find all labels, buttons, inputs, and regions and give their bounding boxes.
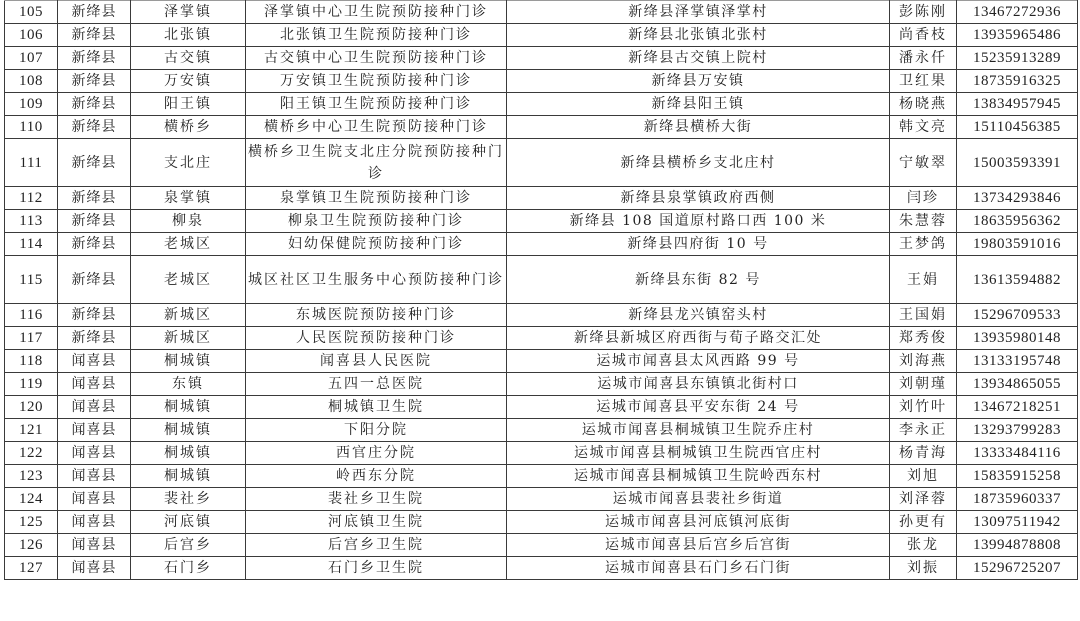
cell-address: 新绛县阳王镇	[507, 93, 890, 116]
cell-phone: 13994878808	[957, 534, 1078, 557]
cell-town: 泽掌镇	[131, 1, 246, 24]
cell-county: 闻喜县	[58, 488, 131, 511]
cell-address: 新绛县新城区府西街与荀子路交汇处	[507, 327, 890, 350]
cell-contact: 王国娟	[890, 304, 957, 327]
cell-contact: 韩文亮	[890, 116, 957, 139]
cell-town: 桐城镇	[131, 465, 246, 488]
cell-contact: 彭陈刚	[890, 1, 957, 24]
table-row: 122 闻喜县 桐城镇 西官庄分院 运城市闻喜县桐城镇卫生院西官庄村 杨青海 1…	[5, 442, 1078, 465]
cell-site-name: 岭西东分院	[246, 465, 507, 488]
cell-number: 126	[5, 534, 58, 557]
cell-town: 桐城镇	[131, 396, 246, 419]
cell-number: 120	[5, 396, 58, 419]
cell-contact: 宁敏翠	[890, 139, 957, 187]
cell-phone: 13934865055	[957, 373, 1078, 396]
cell-phone: 13935980148	[957, 327, 1078, 350]
cell-number: 116	[5, 304, 58, 327]
cell-address: 运城市闻喜县裴社乡街道	[507, 488, 890, 511]
cell-site-name: 后宫乡卫生院	[246, 534, 507, 557]
cell-phone: 15296725207	[957, 557, 1078, 580]
cell-site-name: 泉掌镇卫生院预防接种门诊	[246, 187, 507, 210]
cell-county: 新绛县	[58, 70, 131, 93]
cell-site-name: 横桥乡卫生院支北庄分院预防接种门诊	[246, 139, 507, 187]
cell-site-name: 裴社乡卫生院	[246, 488, 507, 511]
cell-town: 支北庄	[131, 139, 246, 187]
cell-contact: 杨晓燕	[890, 93, 957, 116]
cell-number: 127	[5, 557, 58, 580]
cell-contact: 郑秀俊	[890, 327, 957, 350]
table-row: 114 新绛县 老城区 妇幼保健院预防接种门诊 新绛县四府街 10 号 王梦鸽 …	[5, 233, 1078, 256]
cell-contact: 刘旭	[890, 465, 957, 488]
cell-town: 阳王镇	[131, 93, 246, 116]
cell-number: 109	[5, 93, 58, 116]
cell-town: 横桥乡	[131, 116, 246, 139]
cell-address: 新绛县 108 国道原村路口西 100 米	[507, 210, 890, 233]
cell-phone: 13293799283	[957, 419, 1078, 442]
cell-town: 后宫乡	[131, 534, 246, 557]
cell-number: 117	[5, 327, 58, 350]
table-row: 108 新绛县 万安镇 万安镇卫生院预防接种门诊 新绛县万安镇 卫红果 1873…	[5, 70, 1078, 93]
cell-address: 运城市闻喜县石门乡石门街	[507, 557, 890, 580]
cell-number: 123	[5, 465, 58, 488]
cell-number: 114	[5, 233, 58, 256]
cell-site-name: 石门乡卫生院	[246, 557, 507, 580]
cell-site-name: 西官庄分院	[246, 442, 507, 465]
cell-contact: 李永正	[890, 419, 957, 442]
table-row: 117 新绛县 新城区 人民医院预防接种门诊 新绛县新城区府西街与荀子路交汇处 …	[5, 327, 1078, 350]
cell-phone: 13613594882	[957, 256, 1078, 304]
cell-phone: 13333484116	[957, 442, 1078, 465]
cell-site-name: 闻喜县人民医院	[246, 350, 507, 373]
cell-site-name: 北张镇卫生院预防接种门诊	[246, 24, 507, 47]
cell-contact: 潘永仟	[890, 47, 957, 70]
cell-address: 新绛县横桥乡支北庄村	[507, 139, 890, 187]
table-row: 123 闻喜县 桐城镇 岭西东分院 运城市闻喜县桐城镇卫生院岭西东村 刘旭 15…	[5, 465, 1078, 488]
cell-phone: 15003593391	[957, 139, 1078, 187]
cell-county: 闻喜县	[58, 534, 131, 557]
cell-town: 桐城镇	[131, 350, 246, 373]
cell-contact: 尚香枝	[890, 24, 957, 47]
cell-county: 新绛县	[58, 93, 131, 116]
cell-phone: 18735916325	[957, 70, 1078, 93]
cell-site-name: 下阳分院	[246, 419, 507, 442]
table-row: 112 新绛县 泉掌镇 泉掌镇卫生院预防接种门诊 新绛县泉掌镇政府西侧 闫珍 1…	[5, 187, 1078, 210]
table-row: 126 闻喜县 后宫乡 后宫乡卫生院 运城市闻喜县后宫乡后宫街 张龙 13994…	[5, 534, 1078, 557]
cell-address: 新绛县古交镇上院村	[507, 47, 890, 70]
cell-town: 北张镇	[131, 24, 246, 47]
cell-address: 新绛县万安镇	[507, 70, 890, 93]
cell-phone: 13734293846	[957, 187, 1078, 210]
table-row: 107 新绛县 古交镇 古交镇中心卫生院预防接种门诊 新绛县古交镇上院村 潘永仟…	[5, 47, 1078, 70]
cell-county: 闻喜县	[58, 419, 131, 442]
cell-county: 新绛县	[58, 256, 131, 304]
cell-town: 新城区	[131, 327, 246, 350]
cell-town: 老城区	[131, 256, 246, 304]
cell-contact: 王娟	[890, 256, 957, 304]
table-body: 105 新绛县 泽掌镇 泽掌镇中心卫生院预防接种门诊 新绛县泽掌镇泽掌村 彭陈刚…	[5, 1, 1078, 580]
cell-phone: 18735960337	[957, 488, 1078, 511]
cell-site-name: 阳王镇卫生院预防接种门诊	[246, 93, 507, 116]
cell-county: 闻喜县	[58, 396, 131, 419]
cell-address: 新绛县泉掌镇政府西侧	[507, 187, 890, 210]
cell-town: 万安镇	[131, 70, 246, 93]
cell-number: 110	[5, 116, 58, 139]
cell-number: 122	[5, 442, 58, 465]
cell-town: 石门乡	[131, 557, 246, 580]
cell-contact: 杨青海	[890, 442, 957, 465]
cell-county: 新绛县	[58, 47, 131, 70]
cell-address: 运城市闻喜县后宫乡后宫街	[507, 534, 890, 557]
table-row: 106 新绛县 北张镇 北张镇卫生院预防接种门诊 新绛县北张镇北张村 尚香枝 1…	[5, 24, 1078, 47]
cell-town: 桐城镇	[131, 442, 246, 465]
cell-town: 柳泉	[131, 210, 246, 233]
cell-number: 124	[5, 488, 58, 511]
cell-number: 106	[5, 24, 58, 47]
cell-county: 闻喜县	[58, 373, 131, 396]
cell-address: 运城市闻喜县东镇镇北街村口	[507, 373, 890, 396]
table-row: 116 新绛县 新城区 东城医院预防接种门诊 新绛县龙兴镇窑头村 王国娟 152…	[5, 304, 1078, 327]
cell-address: 新绛县龙兴镇窑头村	[507, 304, 890, 327]
cell-phone: 15235913289	[957, 47, 1078, 70]
cell-contact: 朱慧蓉	[890, 210, 957, 233]
table-row: 121 闻喜县 桐城镇 下阳分院 运城市闻喜县桐城镇卫生院乔庄村 李永正 132…	[5, 419, 1078, 442]
table-row: 113 新绛县 柳泉 柳泉卫生院预防接种门诊 新绛县 108 国道原村路口西 1…	[5, 210, 1078, 233]
cell-address: 新绛县北张镇北张村	[507, 24, 890, 47]
cell-address: 运城市闻喜县太风西路 99 号	[507, 350, 890, 373]
cell-number: 115	[5, 256, 58, 304]
cell-site-name: 妇幼保健院预防接种门诊	[246, 233, 507, 256]
vaccination-sites-table: 105 新绛县 泽掌镇 泽掌镇中心卫生院预防接种门诊 新绛县泽掌镇泽掌村 彭陈刚…	[4, 0, 1078, 580]
cell-county: 新绛县	[58, 327, 131, 350]
cell-site-name: 河底镇卫生院	[246, 511, 507, 534]
cell-phone: 15835915258	[957, 465, 1078, 488]
cell-phone: 15296709533	[957, 304, 1078, 327]
cell-site-name: 万安镇卫生院预防接种门诊	[246, 70, 507, 93]
table-row: 105 新绛县 泽掌镇 泽掌镇中心卫生院预防接种门诊 新绛县泽掌镇泽掌村 彭陈刚…	[5, 1, 1078, 24]
cell-county: 闻喜县	[58, 465, 131, 488]
cell-number: 119	[5, 373, 58, 396]
cell-phone: 19803591016	[957, 233, 1078, 256]
cell-contact: 刘泽蓉	[890, 488, 957, 511]
cell-county: 闻喜县	[58, 557, 131, 580]
cell-site-name: 城区社区卫生服务中心预防接种门诊	[246, 256, 507, 304]
cell-town: 河底镇	[131, 511, 246, 534]
cell-town: 东镇	[131, 373, 246, 396]
cell-county: 闻喜县	[58, 350, 131, 373]
cell-site-name: 东城医院预防接种门诊	[246, 304, 507, 327]
cell-county: 新绛县	[58, 1, 131, 24]
table-row: 120 闻喜县 桐城镇 桐城镇卫生院 运城市闻喜县平安东街 24 号 刘竹叶 1…	[5, 396, 1078, 419]
cell-town: 泉掌镇	[131, 187, 246, 210]
cell-site-name: 桐城镇卫生院	[246, 396, 507, 419]
cell-number: 105	[5, 1, 58, 24]
cell-phone: 13467218251	[957, 396, 1078, 419]
cell-contact: 孙更有	[890, 511, 957, 534]
cell-number: 118	[5, 350, 58, 373]
cell-contact: 王梦鸽	[890, 233, 957, 256]
cell-county: 新绛县	[58, 187, 131, 210]
cell-number: 108	[5, 70, 58, 93]
cell-number: 121	[5, 419, 58, 442]
cell-contact: 刘竹叶	[890, 396, 957, 419]
cell-town: 古交镇	[131, 47, 246, 70]
cell-address: 运城市闻喜县桐城镇卫生院乔庄村	[507, 419, 890, 442]
cell-phone: 13133195748	[957, 350, 1078, 373]
cell-phone: 13097511942	[957, 511, 1078, 534]
cell-county: 闻喜县	[58, 442, 131, 465]
cell-address: 运城市闻喜县平安东街 24 号	[507, 396, 890, 419]
cell-county: 新绛县	[58, 24, 131, 47]
cell-number: 112	[5, 187, 58, 210]
cell-site-name: 横桥乡中心卫生院预防接种门诊	[246, 116, 507, 139]
cell-address: 新绛县东街 82 号	[507, 256, 890, 304]
cell-site-name: 古交镇中心卫生院预防接种门诊	[246, 47, 507, 70]
cell-number: 125	[5, 511, 58, 534]
cell-number: 107	[5, 47, 58, 70]
cell-town: 裴社乡	[131, 488, 246, 511]
cell-town: 新城区	[131, 304, 246, 327]
cell-address: 新绛县四府街 10 号	[507, 233, 890, 256]
cell-county: 新绛县	[58, 139, 131, 187]
table-row: 111 新绛县 支北庄 横桥乡卫生院支北庄分院预防接种门诊 新绛县横桥乡支北庄村…	[5, 139, 1078, 187]
cell-phone: 13467272936	[957, 1, 1078, 24]
cell-number: 111	[5, 139, 58, 187]
cell-county: 新绛县	[58, 233, 131, 256]
cell-town: 老城区	[131, 233, 246, 256]
cell-phone: 13935965486	[957, 24, 1078, 47]
cell-address: 运城市闻喜县河底镇河底街	[507, 511, 890, 534]
cell-address: 运城市闻喜县桐城镇卫生院岭西东村	[507, 465, 890, 488]
cell-contact: 刘振	[890, 557, 957, 580]
cell-site-name: 人民医院预防接种门诊	[246, 327, 507, 350]
cell-county: 新绛县	[58, 210, 131, 233]
table-row: 118 闻喜县 桐城镇 闻喜县人民医院 运城市闻喜县太风西路 99 号 刘海燕 …	[5, 350, 1078, 373]
cell-phone: 18635956362	[957, 210, 1078, 233]
cell-contact: 卫红果	[890, 70, 957, 93]
cell-county: 新绛县	[58, 116, 131, 139]
table-row: 119 闻喜县 东镇 五四一总医院 运城市闻喜县东镇镇北街村口 刘朝瑾 1393…	[5, 373, 1078, 396]
cell-contact: 刘海燕	[890, 350, 957, 373]
cell-address: 新绛县横桥大街	[507, 116, 890, 139]
table-row: 109 新绛县 阳王镇 阳王镇卫生院预防接种门诊 新绛县阳王镇 杨晓燕 1383…	[5, 93, 1078, 116]
cell-phone: 15110456385	[957, 116, 1078, 139]
cell-county: 闻喜县	[58, 511, 131, 534]
cell-contact: 张龙	[890, 534, 957, 557]
vaccination-sites-table-container: 105 新绛县 泽掌镇 泽掌镇中心卫生院预防接种门诊 新绛县泽掌镇泽掌村 彭陈刚…	[4, 0, 1078, 580]
cell-county: 新绛县	[58, 304, 131, 327]
cell-site-name: 柳泉卫生院预防接种门诊	[246, 210, 507, 233]
table-row: 124 闻喜县 裴社乡 裴社乡卫生院 运城市闻喜县裴社乡街道 刘泽蓉 18735…	[5, 488, 1078, 511]
cell-site-name: 泽掌镇中心卫生院预防接种门诊	[246, 1, 507, 24]
cell-town: 桐城镇	[131, 419, 246, 442]
cell-contact: 刘朝瑾	[890, 373, 957, 396]
cell-site-name: 五四一总医院	[246, 373, 507, 396]
cell-address: 运城市闻喜县桐城镇卫生院西官庄村	[507, 442, 890, 465]
table-row: 125 闻喜县 河底镇 河底镇卫生院 运城市闻喜县河底镇河底街 孙更有 1309…	[5, 511, 1078, 534]
cell-address: 新绛县泽掌镇泽掌村	[507, 1, 890, 24]
table-row: 127 闻喜县 石门乡 石门乡卫生院 运城市闻喜县石门乡石门街 刘振 15296…	[5, 557, 1078, 580]
cell-contact: 闫珍	[890, 187, 957, 210]
cell-phone: 13834957945	[957, 93, 1078, 116]
table-row: 110 新绛县 横桥乡 横桥乡中心卫生院预防接种门诊 新绛县横桥大街 韩文亮 1…	[5, 116, 1078, 139]
cell-number: 113	[5, 210, 58, 233]
table-row: 115 新绛县 老城区 城区社区卫生服务中心预防接种门诊 新绛县东街 82 号 …	[5, 256, 1078, 304]
